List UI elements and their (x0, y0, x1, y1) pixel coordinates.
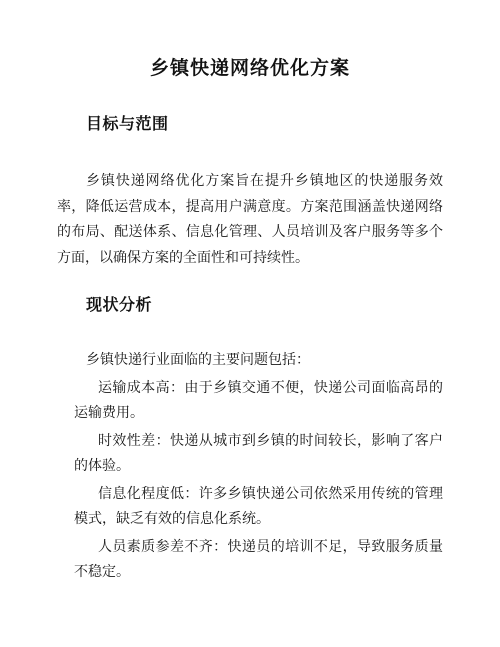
paragraph-goals-scope: 乡镇快递网络优化方案旨在提升乡镇地区的快递服务效率，降低运营成本，提高用户满意度… (57, 169, 443, 271)
document-title: 乡镇快递网络优化方案 (57, 56, 443, 82)
list-item-timeliness: 时效性差：快递从城市到乡镇的时间较长，影响了客户的体验。 (57, 429, 443, 480)
section-heading-current-analysis: 现状分析 (86, 295, 443, 317)
list-item-informatization: 信息化程度低：许多乡镇快递公司依然采用传统的管理模式，缺乏有效的信息化系统。 (57, 482, 443, 533)
document-page: 乡镇快递网络优化方案 目标与范围 乡镇快递网络优化方案旨在提升乡镇地区的快递服务… (0, 0, 500, 647)
list-item-transport-cost: 运输成本高：由于乡镇交通不便，快递公司面临高昂的运输费用。 (57, 376, 443, 427)
paragraph-analysis-intro: 乡镇快递行业面临的主要问题包括： (57, 348, 443, 374)
section-heading-goals-scope: 目标与范围 (86, 114, 443, 136)
list-item-staff-quality: 人员素质参差不齐：快递员的培训不足，导致服务质量不稳定。 (57, 535, 443, 586)
